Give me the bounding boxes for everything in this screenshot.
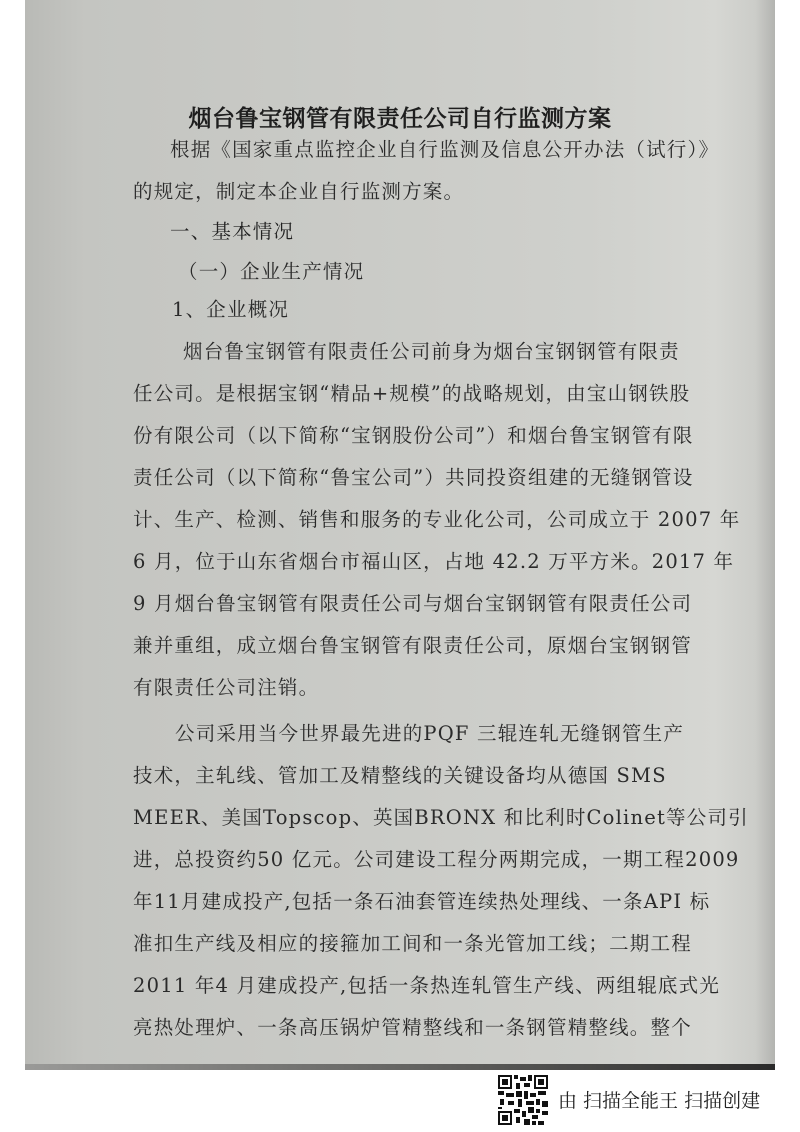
page-fold-shadow [755, 0, 775, 1070]
body-text-line: 2011 年4 月建成投产,包括一条热连轧管生产线、两组辊底式光 [133, 970, 720, 998]
body-text-line: 年11月建成投产,包括一条石油套管连续热处理线、一条API 标 [133, 886, 710, 914]
body-text-line: （一）企业生产情况 [178, 256, 364, 284]
body-text-line: 责任公司（以下简称“鲁宝公司”）共同投资组建的无缝钢管设 [133, 462, 694, 490]
body-text-line: 9 月烟台鲁宝钢管有限责任公司与烟台宝钢钢管有限责任公司 [133, 588, 692, 616]
document-title: 烟台鲁宝钢管有限责任公司自行监测方案 [25, 100, 775, 133]
scanner-watermark-text: 由 扫描全能王 扫描创建 [558, 1086, 760, 1113]
body-text-line: 准扣生产线及相应的接箍加工间和一条光管加工线；二期工程 [133, 928, 692, 956]
body-text-line: 技术，主轧线、管加工及精整线的关键设备均从德国 SMS [133, 760, 667, 788]
section-heading: 一、基本情况 [170, 216, 294, 244]
body-text-line: 亮热处理炉、一条高压锅炉管精整线和一条钢管精整线。整个 [133, 1012, 692, 1040]
body-text-line: 任公司。是根据宝钢“精品+规模”的战略规划，由宝山钢铁股 [133, 378, 690, 406]
body-text-line: 6 月，位于山东省烟台市福山区，占地 42.2 万平方米。2017 年 [133, 546, 734, 574]
body-text-line: 公司采用当今世界最先进的PQF 三辊连轧无缝钢管生产 [175, 718, 684, 746]
body-text-line: 计、生产、检测、销售和服务的专业化公司，公司成立于 2007 年 [133, 504, 740, 532]
body-text-line: 兼并重组，成立烟台鲁宝钢管有限责任公司，原烟台宝钢钢管 [133, 630, 692, 658]
body-text-line: 份有限公司（以下简称“宝钢股份公司”）和烟台鲁宝钢管有限 [133, 420, 694, 448]
body-text-line: 1、企业概况 [172, 294, 289, 322]
body-text-line: 的规定，制定本企业自行监测方案。 [133, 176, 464, 204]
scanned-page: 烟台鲁宝钢管有限责任公司自行监测方案 根据《国家重点监控企业自行监测及信息公开办… [25, 0, 775, 1070]
body-text-line: 进，总投资约50 亿元。公司建设工程分两期完成，一期工程2009 [133, 844, 740, 872]
body-text-line: MEER、美国Topscop、英国BRONX 和比利时Colinet等公司引 [133, 802, 749, 830]
body-text-line: 烟台鲁宝钢管有限责任公司前身为烟台宝钢钢管有限责 [183, 336, 680, 364]
body-text-line: 根据《国家重点监控企业自行监测及信息公开办法（试行）》 [170, 134, 719, 162]
qr-code-icon [498, 1075, 548, 1125]
body-text-line: 有限责任公司注销。 [133, 672, 319, 700]
